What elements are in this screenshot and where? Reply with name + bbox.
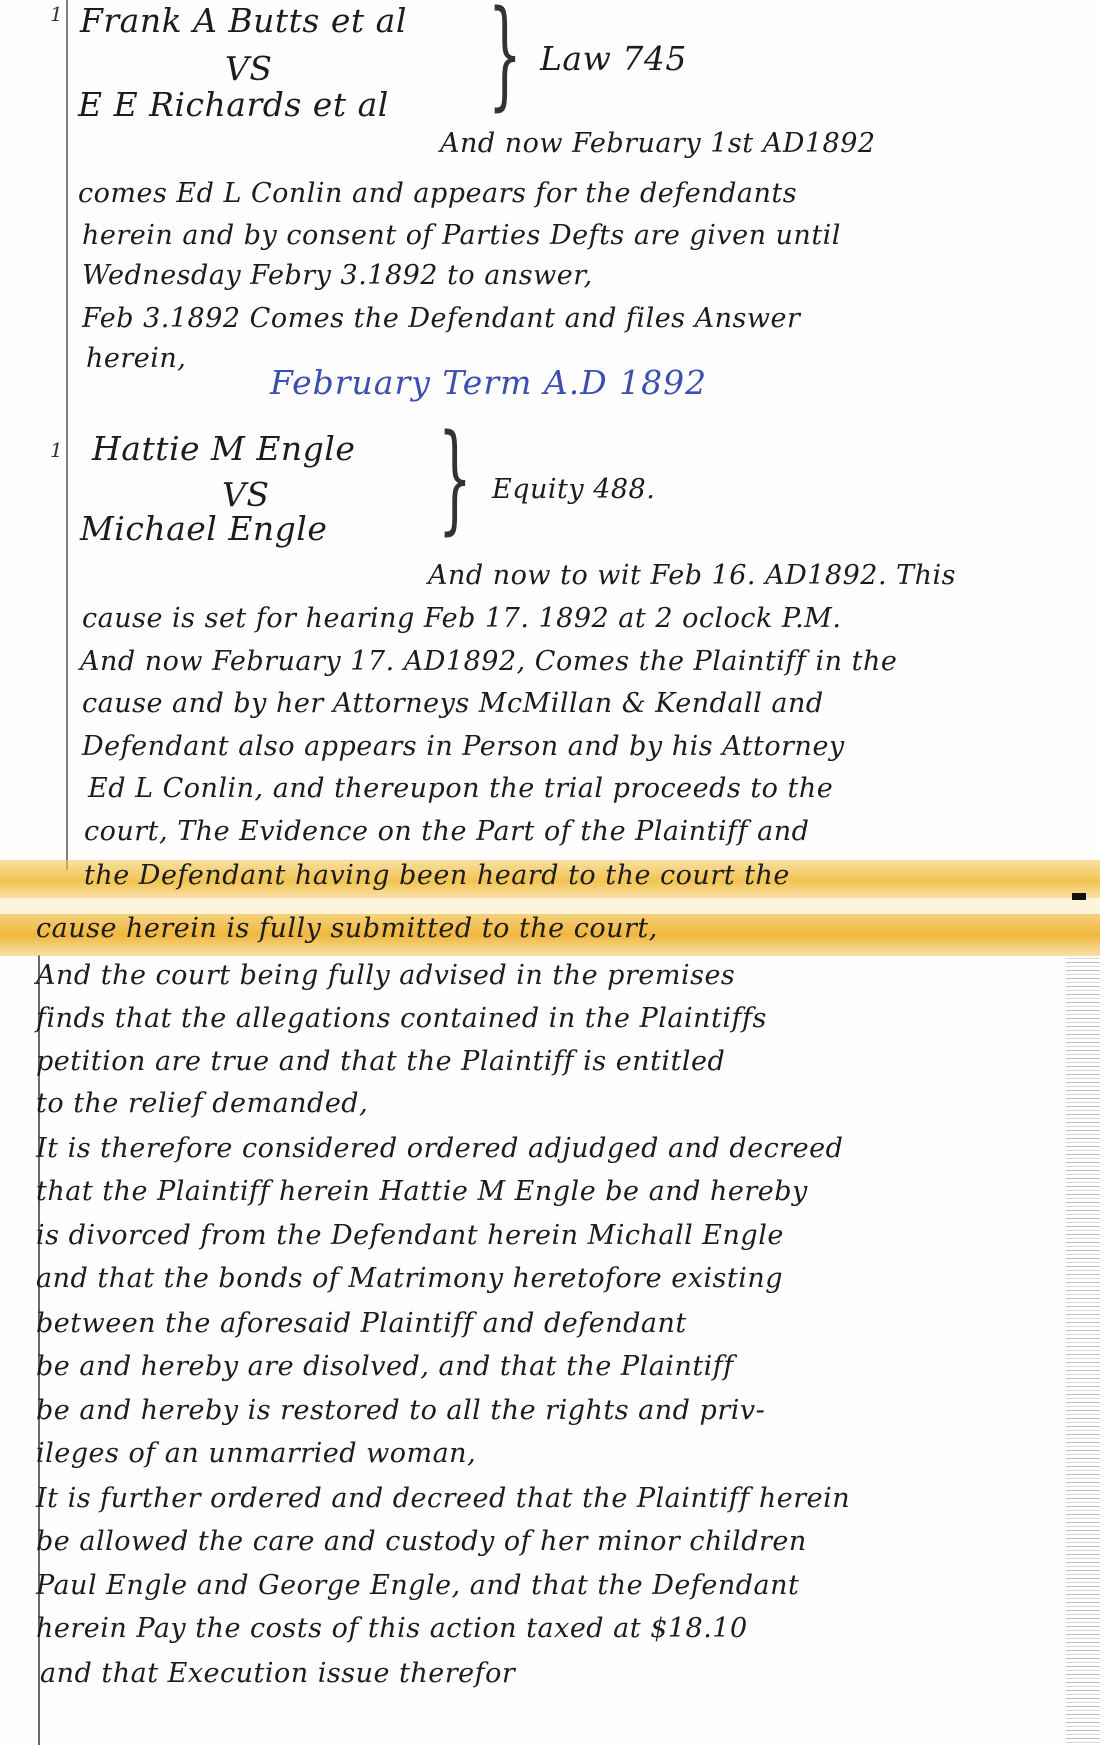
entry-line: petition are true and that the Plaintiff… — [36, 1048, 725, 1075]
entry-line: cause is set for hearing Feb 17. 1892 at… — [82, 605, 841, 632]
entry-line: comes Ed L Conlin and appears for the de… — [78, 180, 797, 207]
term-heading: February Term A.D 1892 — [270, 366, 707, 399]
entry-line: be and hereby is restored to all the rig… — [36, 1397, 765, 1424]
case2-versus: VS — [222, 478, 269, 511]
case1-plaintiff: Frank A Butts et al — [80, 4, 407, 37]
entry-line: finds that the allegations contained in … — [36, 1005, 767, 1032]
entry-line: And now to wit Feb 16. AD1892. This — [428, 562, 956, 589]
case-brace: } — [488, 0, 522, 112]
entry-line: Wednesday Febry 3.1892 to answer, — [82, 262, 593, 289]
entry-line: be and hereby are disolved, and that the… — [36, 1353, 734, 1380]
entry-line: to the relief demanded, — [36, 1090, 368, 1117]
case1-docket: Law 745 — [540, 42, 687, 75]
scan-edge-noise — [1066, 955, 1100, 1745]
entry-line: the Defendant having been heard to the c… — [84, 862, 790, 889]
case1-defendant: E E Richards et al — [78, 88, 389, 121]
entry-line: Paul Engle and George Engle, and that th… — [36, 1572, 799, 1599]
entry-line: that the Plaintiff herein Hattie M Engle… — [36, 1178, 808, 1205]
entry-line: And now February 17. AD1892, Comes the P… — [80, 648, 897, 675]
scan-mark — [1072, 893, 1086, 900]
entry-line: Defendant also appears in Person and by … — [82, 733, 845, 760]
entry-line: It is further ordered and decreed that t… — [36, 1485, 850, 1512]
case2-plaintiff: Hattie M Engle — [92, 432, 355, 465]
entry-line: cause and by her Attorneys McMillan & Ke… — [82, 690, 824, 717]
entry-line: herein and by consent of Parties Defts a… — [82, 222, 841, 249]
case-brace: } — [438, 418, 472, 536]
case1-versus: VS — [225, 52, 272, 85]
entry-line: herein, — [86, 345, 186, 372]
entry-line: It is therefore considered ordered adjud… — [36, 1135, 843, 1162]
entry-line: is divorced from the Defendant herein Mi… — [36, 1222, 784, 1249]
entry-line: cause herein is fully submitted to the c… — [36, 915, 658, 942]
margin-tick: 1 — [50, 2, 63, 26]
entry-line: between the aforesaid Plaintiff and defe… — [36, 1310, 687, 1337]
entry-line: and that Execution issue therefor — [40, 1660, 515, 1687]
entry-line: and that the bonds of Matrimony heretofo… — [36, 1265, 783, 1292]
entry-line: court, The Evidence on the Part of the P… — [84, 818, 809, 845]
entry-line: And now February 1st AD1892 — [440, 130, 876, 157]
margin-tick: 1 — [50, 438, 63, 462]
entry-line: Feb 3.1892 Comes the Defendant and files… — [82, 305, 800, 332]
case2-defendant: Michael Engle — [80, 512, 327, 545]
document-page: 1 Frank A Butts et al VS E E Richards et… — [0, 0, 1100, 1745]
entry-line: be allowed the care and custody of her m… — [36, 1528, 807, 1555]
entry-line: herein Pay the costs of this action taxe… — [36, 1615, 748, 1642]
entry-line: Ed L Conlin, and thereupon the trial pro… — [88, 775, 833, 802]
entry-line: ileges of an unmarried woman, — [36, 1440, 476, 1467]
entry-line: And the court being fully advised in the… — [36, 962, 735, 989]
margin-rule-upper — [66, 0, 68, 870]
tape-seam — [0, 898, 1100, 914]
case2-docket: Equity 488. — [492, 476, 655, 503]
